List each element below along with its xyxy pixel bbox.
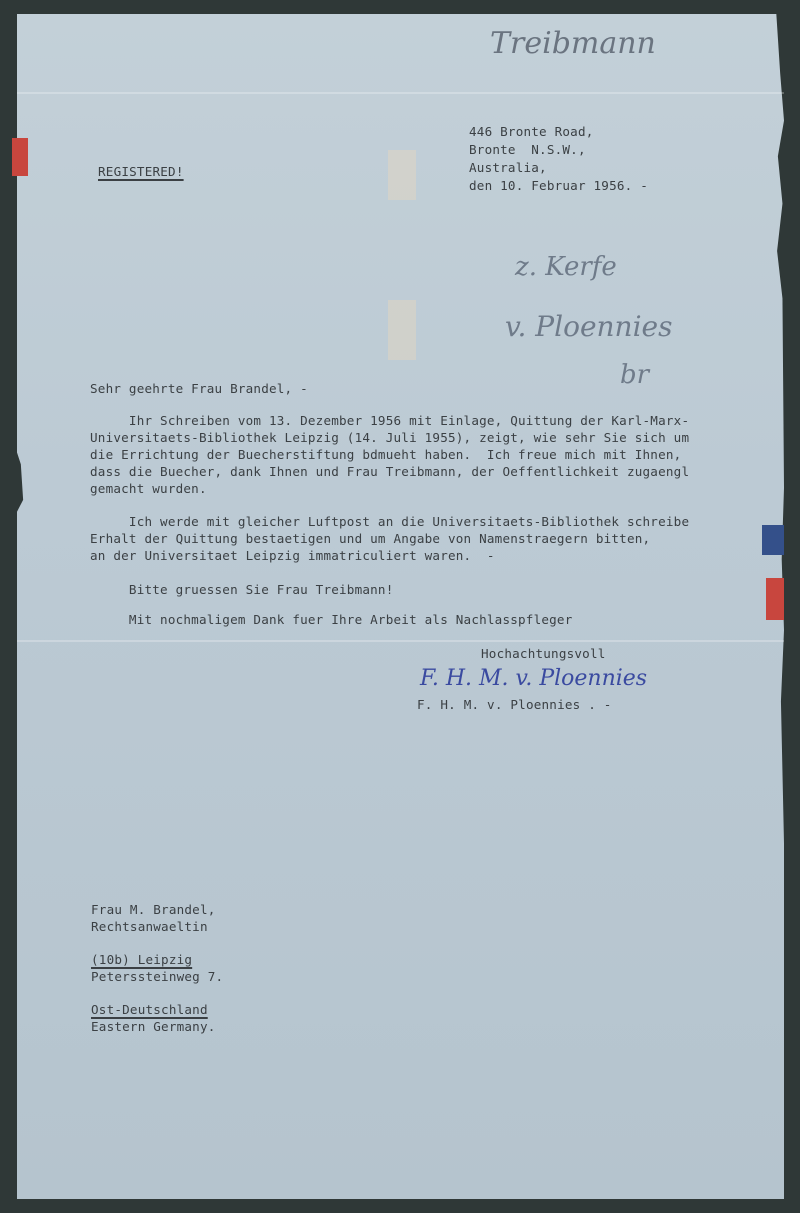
text-line: Universitaets-Bibliothek Leipzig (14. Ju… [90, 430, 689, 446]
fold-line [17, 640, 784, 642]
recipient-street: Peterssteinweg 7. [91, 969, 223, 985]
airmail-stripe-blue [762, 525, 784, 555]
text-line: gemacht wurden. [90, 481, 207, 497]
salutation: Sehr geehrte Frau Brandel, - [90, 381, 308, 397]
text-line: die Errichtung der Buecherstiftung bdmue… [90, 447, 681, 463]
paragraph-4: Mit nochmaligem Dank fuer Ihre Arbeit al… [90, 612, 573, 628]
handwritten-annotation-top: Treibmann [490, 26, 656, 61]
text-line: Erhalt der Quittung bestaetigen und um A… [90, 531, 650, 547]
address-line: Australia, [469, 160, 547, 176]
address-line: 446 Bronte Road, [469, 124, 594, 140]
pencil-note: br [620, 360, 649, 390]
recipient-city: (10b) Leipzig [91, 952, 192, 968]
fold-line [17, 92, 784, 94]
recipient-country-de: Ost-Deutschland [91, 1002, 208, 1018]
text-line: Ich werde mit gleicher Luftpost an die U… [90, 514, 689, 530]
typed-signature: F. H. M. v. Ploennies . - [417, 697, 612, 713]
tape-stain [388, 150, 416, 200]
recipient-title: Rechtsanwaeltin [91, 919, 208, 935]
date-line: den 10. Februar 1956. - [469, 178, 648, 194]
pencil-note: v. Ploennies [505, 310, 672, 343]
address-line: Bronte N.S.W., [469, 142, 586, 158]
text-line: an der Universitaet Leipzig immatriculie… [90, 548, 495, 564]
recipient-country-en: Eastern Germany. [91, 1019, 216, 1035]
pencil-note: z. Kerfe [515, 252, 617, 282]
handwritten-signature: F. H. M. v. Ploennies [420, 666, 647, 691]
paragraph-3: Bitte gruessen Sie Frau Treibmann! [90, 582, 394, 598]
tape-stain [388, 300, 416, 360]
registered-label: REGISTERED! [98, 164, 184, 180]
airmail-stripe-red [766, 578, 784, 620]
closing: Hochachtungsvoll [481, 646, 606, 662]
text-line: dass die Buecher, dank Ihnen und Frau Tr… [90, 464, 689, 480]
airmail-stripe-red [12, 138, 28, 176]
recipient-name: Frau M. Brandel, [91, 902, 216, 918]
text-line: Ihr Schreiben vom 13. Dezember 1956 mit … [90, 413, 689, 429]
